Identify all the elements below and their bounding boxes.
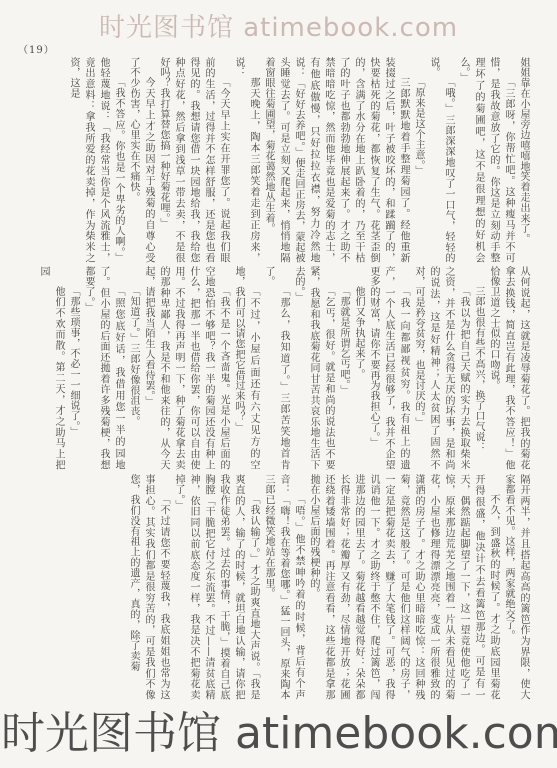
paragraph: 他们又争执起来了。 xyxy=(351,266,366,470)
paragraph: 不久，到盛秋的时候了。才之助底园里菊花开得很盛，他决计不去看篱笆那边。可是有一天… xyxy=(306,474,501,700)
paragraph: 「不过请您不要轻蔑我，我底姐姐也常为这事担心。其实我们都是很穷苦的，可是我们不像… xyxy=(126,474,171,700)
paragraph: 「三郎呀，你帮忙吧。这种瘦马并不可惜，是我故意放了它的。你这是立刻动手整理坏了的… xyxy=(456,57,516,263)
paragraph: 今天早上才之助因对于残菊的自尊心受了不少伤害，心里实在不痛快。 xyxy=(126,57,156,263)
paragraph: 「那么，我知道了。」三郎苦笑地首肯了。 xyxy=(261,266,291,470)
text-register-top: 姐姐靠在小屋旁边嘻嘻地笑着走出来了。 「三郎呀，你帮忙吧。这种瘦马并不可惜，是我… xyxy=(25,57,531,263)
paragraph: 「今天早上实在开罪您了。说起我们眼前的生活，过得并不怎样舒服，还是您也看得见的。… xyxy=(156,57,231,263)
paragraph: 「知道了。」三郎好像很沮丧。 xyxy=(126,266,141,470)
paragraph: 他们不欢而散。第二天，才之助马上把园 xyxy=(36,266,66,470)
text-register-bottom: 隔开两半，并且搭起高高的篱笆作为界限，使大家都看不见。这样，两家就绝交了。 不久… xyxy=(25,474,531,700)
paragraph: 那天晚上，陶本三郎笑着走到正房来，说： xyxy=(231,57,261,263)
paragraph: 「唔。」他不禁呻吟着的时候，背后有个声音：「嗨！我在等着您哪。」猛一回头，原来陶… xyxy=(261,474,306,700)
paragraph: 「哦。」三郎深深地叹了一口气，轻轻的说。 xyxy=(426,57,456,263)
paragraph: 三郎也很有些不高兴，换了口气说： xyxy=(471,266,486,470)
paragraph: 「那些琐事，不必一一细说了。」 xyxy=(66,266,81,470)
paragraph: 「那就是所谓乞丐吧。」 xyxy=(336,266,351,470)
paragraph: 「我一向都鄙视贫穷。我有祖上的遗产，一个人底生活已经很够了，我并不企望更多的财富… xyxy=(366,266,411,470)
scanned-book-page: 时光图书馆 atimebook.com （19） 姐姐靠在小屋旁边嘻嘻地笑着走出… xyxy=(0,0,557,768)
paragraph: 「我认输了。」才之助爽直地大声说。「我是爽直的人，输了的时候，就坦白地认输，请你… xyxy=(171,474,261,700)
text-register-middle: 从何说起，这就是凌辱菊花了。把我的菊花拿去换钱，简直岂有此理，我不答应！」他恰像… xyxy=(25,266,531,470)
paragraph: 从何说起，这就是凌辱菊花了。把我的菊花拿去换钱，简直岂有此理，我不答应！」他恰像… xyxy=(486,266,531,470)
paragraph: 三郎默默地着手整理菊园了。经他重新装掇过之后，叶子被咬坏的，和蹂躏了的，快要枯死… xyxy=(261,57,411,263)
paragraph: 姐姐靠在小屋旁边嘻嘻地笑着走出来了。 xyxy=(516,57,531,263)
page-number: （19） xyxy=(18,41,55,56)
paragraph: 「照您底好话，我借用您一半的园地了。但小屋的后面还拋着许多残菊梗，我想都要了。」 xyxy=(81,266,126,470)
paragraph: 「我不答应。你也是一个卑劣的人啊。」他轻蔑地说：「我经常当你是个风流雅士，竟出意… xyxy=(66,57,126,263)
paragraph: 「我不是一个吝啬鬼。光是小屋后面的空地恐怕不够吧？我一半的菊园还没有种上什么，把… xyxy=(141,266,231,470)
paragraph: 「乞丐，很好。就是和尚的说法也不要紧，我愿和我底菊花同甘苦共哀乐地生活下去的。」 xyxy=(291,266,336,470)
paragraph: 隔开两半，并且搭起高高的篱笆作为界限，使大家都看不见。这样，两家就绝交了。 xyxy=(501,474,531,700)
watermark-bottom: 时光图书馆 atimebook.com xyxy=(1,697,557,761)
paragraph: 「不过，小屋后面还有六丈见方的空地，我们可以请您把它借过来吗？」 xyxy=(231,266,261,470)
paragraph: 「我以为把自己天赋的实力去换取柴米之资，并不是什么贪得无厌的坏事，是和尚的说法，… xyxy=(411,266,471,470)
paragraph: 「原来是这个主意。」 xyxy=(411,57,426,263)
watermark-top: 时光图书馆 atimebook.com xyxy=(99,7,458,44)
